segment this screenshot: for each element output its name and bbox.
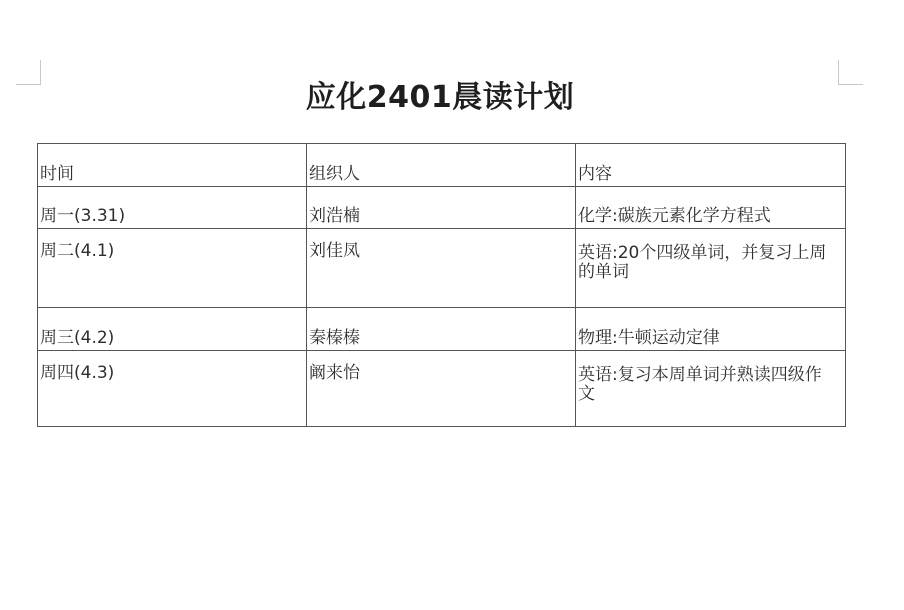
header-cell-organizer: 组织人 xyxy=(307,144,576,187)
cell-organizer: 秦榛榛 xyxy=(307,308,576,351)
table-row: 周二(4.1) 刘佳凤 英语:20个四级单词，并复习上周的单词 xyxy=(38,229,846,308)
cell-organizer: 刘浩楠 xyxy=(307,187,576,229)
cell-content: 英语:复习本周单词并熟读四级作文 xyxy=(576,351,846,427)
cell-organizer: 刘佳凤 xyxy=(307,229,576,308)
table-row: 周三(4.2) 秦榛榛 物理:牛顿运动定律 xyxy=(38,308,846,351)
table-row: 周四(4.3) 阚来怡 英语:复习本周单词并熟读四级作文 xyxy=(38,351,846,427)
cell-content: 物理:牛顿运动定律 xyxy=(576,308,846,351)
cell-organizer: 阚来怡 xyxy=(307,351,576,427)
table-header-row: 时间 组织人 内容 xyxy=(38,144,846,187)
table-row: 周一(3.31) 刘浩楠 化学:碳族元素化学方程式 xyxy=(38,187,846,229)
cell-time: 周二(4.1) xyxy=(38,229,307,308)
cell-content: 英语:20个四级单词，并复习上周的单词 xyxy=(576,229,846,308)
cell-content: 化学:碳族元素化学方程式 xyxy=(576,187,846,229)
document-title: 应化2401晨读计划 xyxy=(0,78,880,118)
header-cell-content: 内容 xyxy=(576,144,846,187)
cell-time: 周三(4.2) xyxy=(38,308,307,351)
header-cell-time: 时间 xyxy=(38,144,307,187)
cell-time: 周四(4.3) xyxy=(38,351,307,427)
cell-time: 周一(3.31) xyxy=(38,187,307,229)
reading-plan-table: 时间 组织人 内容 周一(3.31) 刘浩楠 化学:碳族元素化学方程式 周二(4… xyxy=(37,143,846,427)
